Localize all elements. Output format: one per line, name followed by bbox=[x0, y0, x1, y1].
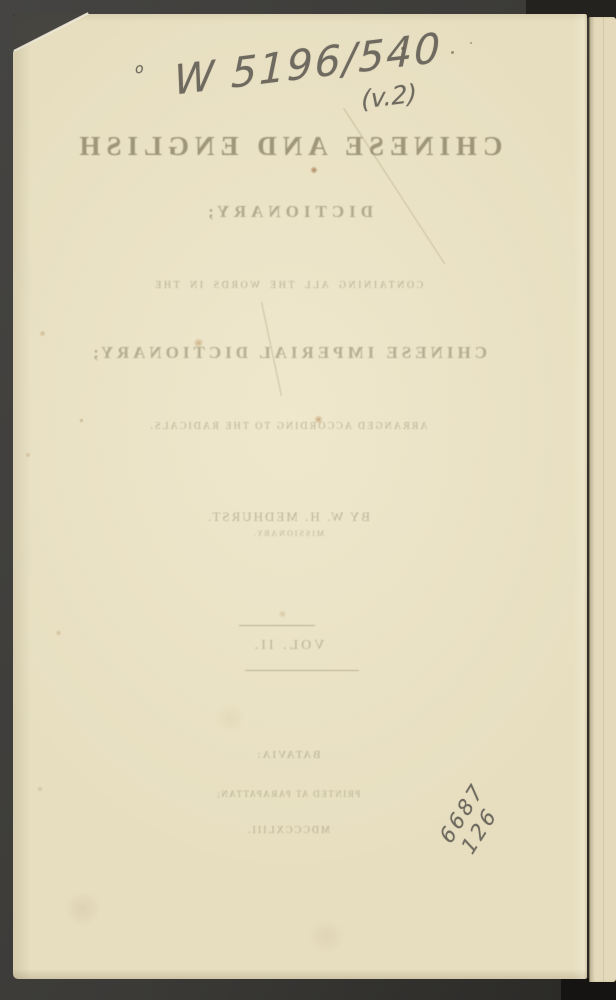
book-scan: CHINESE AND ENGLISH DICTIONARY; CONTAINI… bbox=[0, 0, 616, 1000]
foxing-spot bbox=[193, 338, 204, 348]
foxing-spot bbox=[39, 330, 46, 337]
showthrough-subtitle3: ARRANGED ACCORDING TO THE RADICALS. bbox=[1, 421, 575, 432]
showthrough-volume: VOL. II. bbox=[1, 638, 575, 654]
foxing-spot bbox=[79, 418, 84, 423]
fore-edge-pages bbox=[589, 17, 616, 982]
showthrough-subtitle2: CHINESE IMPERIAL DICTIONARY; bbox=[1, 343, 575, 363]
foxing-spot bbox=[310, 166, 318, 174]
ink-speck bbox=[451, 51, 454, 54]
foxing-spot bbox=[278, 610, 287, 618]
ink-speck bbox=[401, 47, 404, 50]
showthrough-subtitle1: CONTAINING ALL THE WORDS IN THE bbox=[1, 280, 575, 291]
showthrough-title-line2: DICTIONARY; bbox=[1, 202, 575, 222]
showthrough-title-line1: CHINESE AND ENGLISH bbox=[1, 131, 575, 162]
showthrough-rule bbox=[245, 670, 359, 671]
ink-speck bbox=[470, 42, 472, 44]
foxing-spot bbox=[213, 704, 247, 732]
foxing-spot bbox=[55, 630, 62, 636]
foxing-spot bbox=[303, 922, 349, 952]
showthrough-imprint-city: BATAVIA: bbox=[1, 749, 575, 761]
catalog-number-annotation: 6687 126 bbox=[423, 759, 520, 881]
book-page: CHINESE AND ENGLISH DICTIONARY; CONTAINI… bbox=[13, 14, 587, 979]
showthrough-author: BY W. H. MEDHURST. bbox=[1, 509, 575, 525]
foxing-spot bbox=[37, 786, 43, 792]
foxing-spot bbox=[314, 415, 323, 424]
showthrough-author-subline: MISSIONARY. bbox=[1, 529, 575, 538]
foxing-spot bbox=[63, 892, 103, 926]
foxing-spot bbox=[25, 452, 31, 458]
volume-annotation: (v.2) bbox=[361, 79, 417, 115]
showthrough-rule bbox=[239, 625, 315, 626]
pencil-dot-mark: o bbox=[134, 61, 144, 78]
